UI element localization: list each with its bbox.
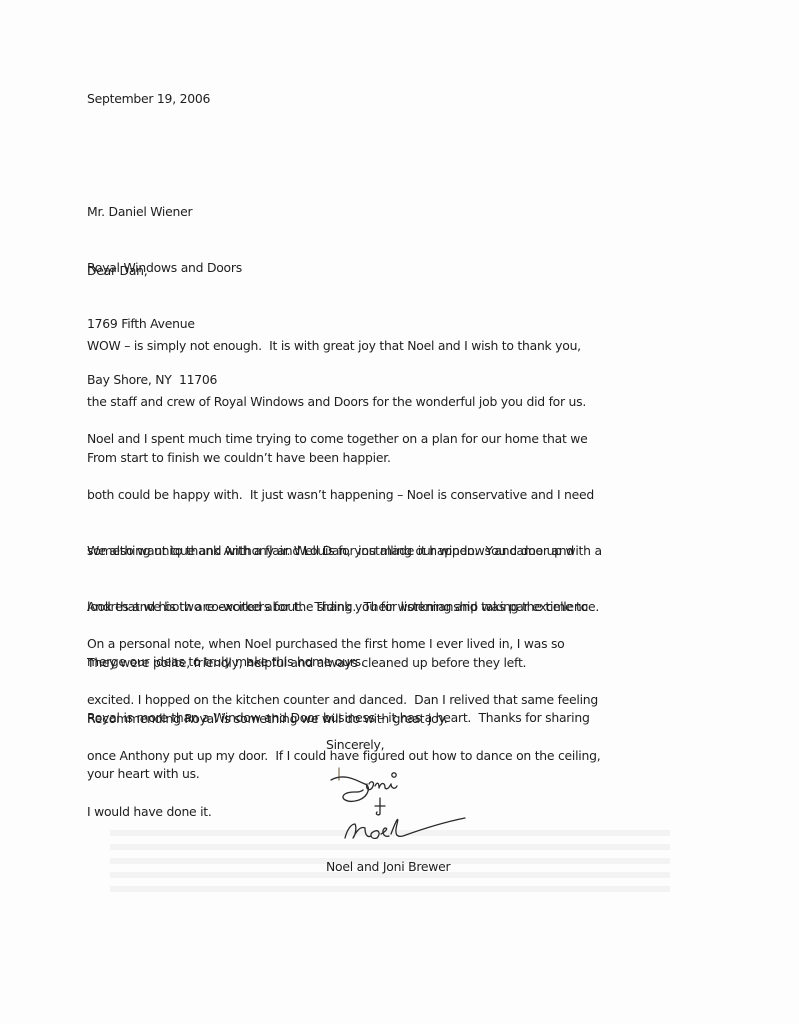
- text-line: On a personal note, when Noel purchased …: [87, 635, 600, 654]
- closing: Sincerely,: [326, 736, 384, 755]
- recipient-name: Mr. Daniel Wiener: [87, 203, 242, 222]
- text-line: We also want to thank Anthony and Louis …: [87, 542, 599, 561]
- letter-page: September 19, 2006 Mr. Daniel Wiener Roy…: [0, 0, 799, 1024]
- salutation: Dear Dan,: [87, 262, 147, 281]
- text-line: WOW – is simply not enough. It is with g…: [87, 337, 586, 356]
- signer-name: Noel and Joni Brewer: [326, 858, 450, 877]
- text-line: both could be happy with. It just wasn’t…: [87, 486, 602, 505]
- text-line: Noel and I spent much time trying to com…: [87, 430, 602, 449]
- text-line: Royal is more than a Window and Door bus…: [87, 709, 590, 728]
- handwritten-signature-icon: [325, 758, 485, 853]
- letter-date: September 19, 2006: [87, 90, 210, 109]
